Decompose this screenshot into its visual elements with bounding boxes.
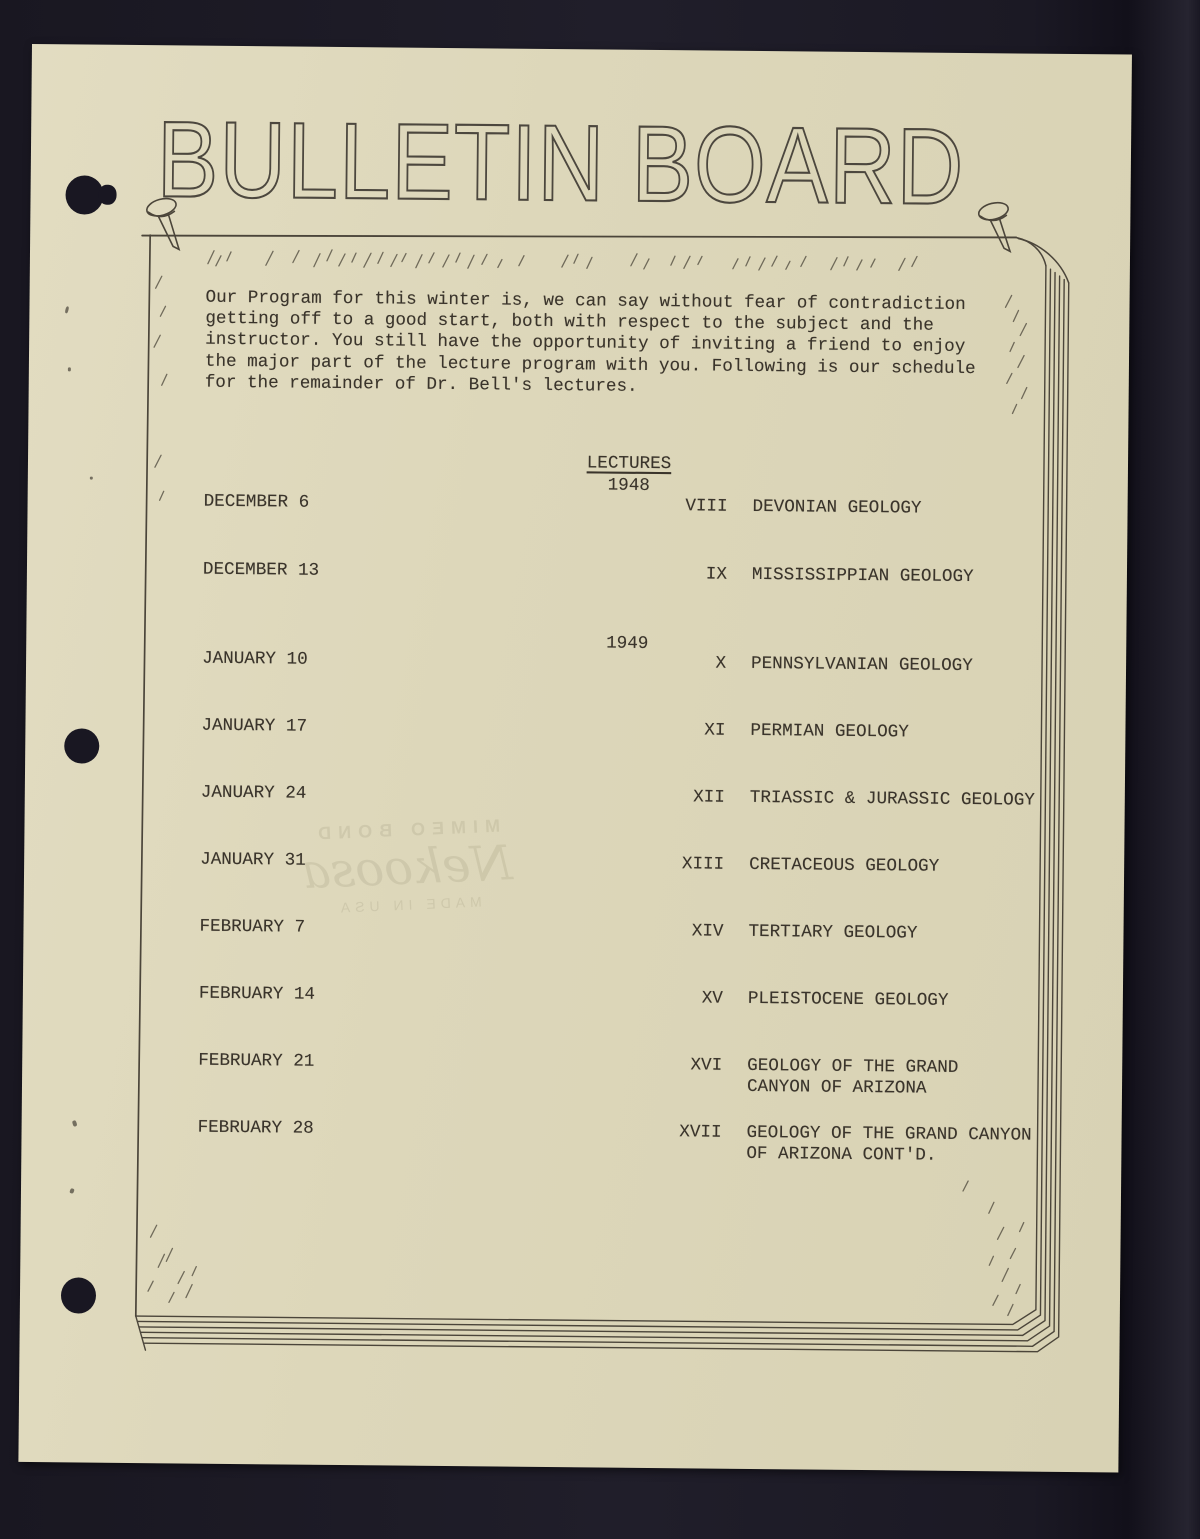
lecture-numeral: VIII xyxy=(663,496,727,518)
board-top-edge xyxy=(142,229,1016,244)
lecture-topic: MISSISSIPPIAN GEOLOGY xyxy=(752,565,974,588)
pushpin-icon xyxy=(977,200,1011,252)
lecture-date: JANUARY 24 xyxy=(201,783,661,809)
schedule-row: FEBRUARY 28XVIIGEOLOGY OF THE GRAND CANY… xyxy=(197,1118,1048,1193)
lecture-numeral: XIII xyxy=(660,854,724,876)
lecture-numeral: XIV xyxy=(659,921,723,943)
board-left-edge xyxy=(136,235,150,1316)
lecture-date: FEBRUARY 21 xyxy=(198,1051,658,1077)
schedule-row: FEBRUARY 7XIVTERTIARY GEOLOGY xyxy=(199,917,1050,992)
lecture-topic: GEOLOGY OF THE GRAND CANYON OF ARIZONA C… xyxy=(746,1123,1031,1168)
lecture-numeral: XV xyxy=(659,988,723,1010)
schedule-rows-1949: JANUARY 10XPENNSYLVANIAN GEOLOGYJANUARY … xyxy=(197,649,1052,1193)
lecture-topic: PENNSYLVANIAN GEOLOGY xyxy=(751,654,973,677)
schedule-row: FEBRUARY 14XVPLEISTOCENE GEOLOGY xyxy=(198,984,1049,1059)
schedule-row: DECEMBER 6VIIIDEVONIAN GEOLOGY xyxy=(203,492,1054,568)
top-hatching xyxy=(208,249,917,273)
lecture-numeral: XVII xyxy=(657,1122,721,1144)
schedule-row: DECEMBER 13IXMISSISSIPPIAN GEOLOGY xyxy=(202,560,1053,636)
lecture-topic: TRIASSIC & JURASSIC GEOLOGY xyxy=(750,788,1035,812)
lecture-date: JANUARY 31 xyxy=(200,850,660,876)
lecture-numeral: XII xyxy=(661,787,725,809)
schedule-row: JANUARY 10XPENNSYLVANIAN GEOLOGY xyxy=(202,649,1053,724)
schedule-row: JANUARY 24XIITRIASSIC & JURASSIC GEOLOGY xyxy=(200,783,1051,858)
lecture-date: DECEMBER 6 xyxy=(204,492,664,518)
lecture-numeral: XVI xyxy=(658,1055,722,1077)
lecture-topic: PERMIAN GEOLOGY xyxy=(750,721,909,744)
lecture-date: JANUARY 17 xyxy=(201,716,661,742)
lecture-date: DECEMBER 13 xyxy=(203,560,663,586)
lecture-topic: PLEISTOCENE GEOLOGY xyxy=(748,989,949,1012)
paper-sheet: BULLETIN BOARD xyxy=(18,44,1132,1472)
schedule-row: JANUARY 17XIPERMIAN GEOLOGY xyxy=(201,716,1052,791)
board-corner-curve xyxy=(1016,237,1046,265)
lecture-date: FEBRUARY 28 xyxy=(197,1118,657,1144)
lecture-date: FEBRUARY 14 xyxy=(199,984,659,1010)
lecture-topic: CRETACEOUS GEOLOGY xyxy=(749,855,939,878)
lecture-date: FEBRUARY 7 xyxy=(199,917,659,943)
board-corner-curve-outer xyxy=(1018,238,1069,282)
lecture-numeral: XI xyxy=(661,720,725,742)
schedule-rows-1948: DECEMBER 6VIIIDEVONIAN GEOLOGYDECEMBER 1… xyxy=(202,492,1053,636)
schedule-row: FEBRUARY 21XVIGEOLOGY OF THE GRAND CANYO… xyxy=(198,1051,1049,1126)
intro-paragraph: Our Program for this winter is, we can s… xyxy=(205,288,1026,402)
lecture-topic: TERTIARY GEOLOGY xyxy=(748,922,917,945)
scan-background: BULLETIN BOARD xyxy=(0,0,1200,1539)
lecture-date: JANUARY 10 xyxy=(202,649,662,675)
lecture-numeral: IX xyxy=(663,564,727,586)
lecture-numeral: X xyxy=(662,653,726,675)
lecture-topic: DEVONIAN GEOLOGY xyxy=(752,497,921,520)
schedule-row: JANUARY 31XIIICRETACEOUS GEOLOGY xyxy=(200,850,1051,925)
lecture-topic: GEOLOGY OF THE GRAND CANYON OF ARIZONA xyxy=(747,1056,959,1100)
